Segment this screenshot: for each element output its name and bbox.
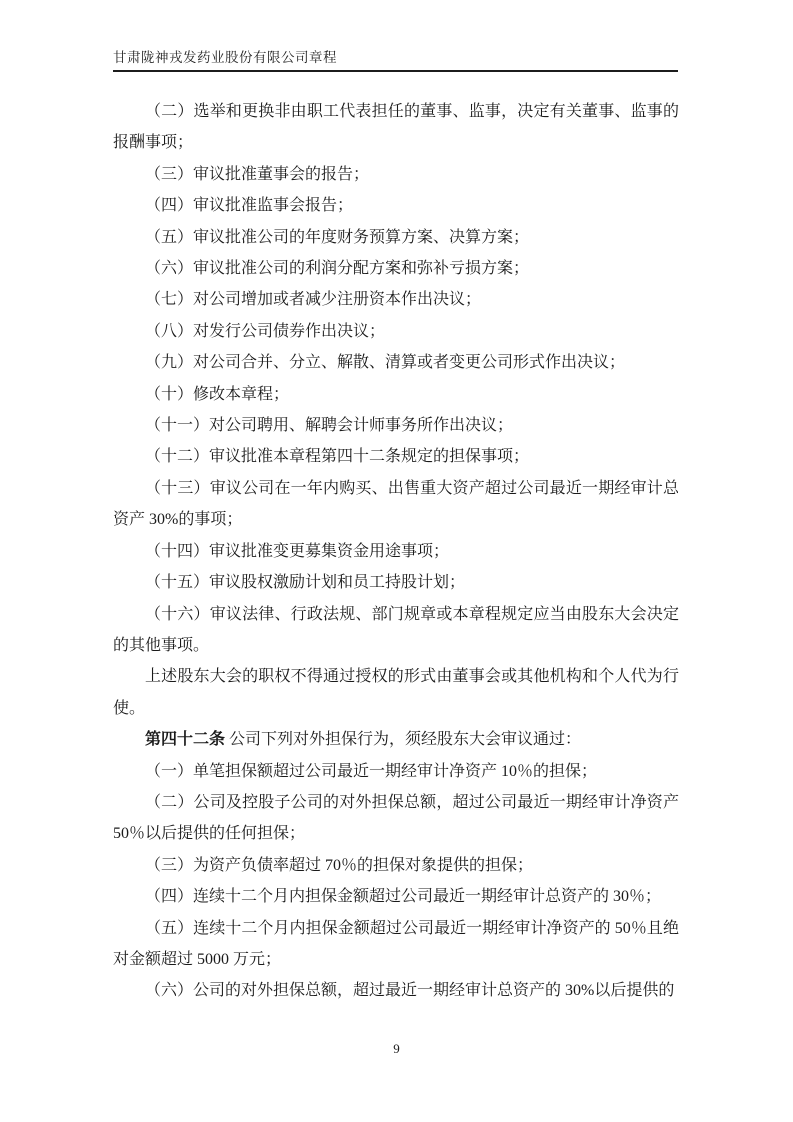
charter-paragraph: 上述股东大会的职权不得通过授权的形式由董事会或其他机构和个人代为行使。 [113,661,679,724]
charter-clause: （十四）审议批准变更募集资金用途事项； [113,536,679,567]
article-text: 公司下列对外担保行为，须经股东大会审议通过： [225,731,581,748]
header-rule [113,70,678,72]
document-body: （二）选举和更换非由职工代表担任的董事、监事，决定有关董事、监事的报酬事项； （… [113,96,679,1007]
charter-clause: （二）选举和更换非由职工代表担任的董事、监事，决定有关董事、监事的报酬事项； [113,96,679,159]
page-number: 9 [393,1041,400,1056]
charter-clause: （十六）审议法律、行政法规、部门规章或本章程规定应当由股东大会决定的其他事项。 [113,599,679,662]
charter-clause: （四）审议批准监事会报告； [113,190,679,221]
charter-clause: （五）审议批准公司的年度财务预算方案、决算方案； [113,222,679,253]
charter-clause: （五）连续十二个月内担保金额超过公司最近一期经审计净资产的 50％且绝对金额超过… [113,913,679,976]
page-footer: 9 [0,1040,793,1058]
document-page: 甘肃陇神戎发药业股份有限公司章程 （二）选举和更换非由职工代表担任的董事、监事，… [0,0,793,1122]
page-header: 甘肃陇神戎发药业股份有限公司章程 [113,48,678,68]
charter-clause: （十一）对公司聘用、解聘会计师事务所作出决议； [113,410,679,441]
charter-clause: （七）对公司增加或者减少注册资本作出决议； [113,284,679,315]
charter-clause: （三）为资产负债率超过 70％的担保对象提供的担保； [113,850,679,881]
charter-clause: （一）单笔担保额超过公司最近一期经审计净资产 10％的担保； [113,756,679,787]
charter-clause: （二）公司及控股子公司的对外担保总额，超过公司最近一期经审计净资产 50％以后提… [113,787,679,850]
charter-clause: （十）修改本章程； [113,379,679,410]
charter-clause: （三）审议批准董事会的报告； [113,159,679,190]
charter-clause: （四）连续十二个月内担保金额超过公司最近一期经审计总资产的 30％； [113,881,679,912]
charter-clause: （六）公司的对外担保总额，超过最近一期经审计总资产的 30%以后提供的 [113,975,679,1006]
charter-clause: （十三）审议公司在一年内购买、出售重大资产超过公司最近一期经审计总资产 30%的… [113,473,679,536]
charter-clause: （六）审议批准公司的利润分配方案和弥补亏损方案； [113,253,679,284]
charter-clause: （十二）审议批准本章程第四十二条规定的担保事项； [113,441,679,472]
charter-clause: （八）对发行公司债券作出决议； [113,316,679,347]
charter-clause: （十五）审议股权激励计划和员工持股计划； [113,567,679,598]
charter-clause: （九）对公司合并、分立、解散、清算或者变更公司形式作出决议； [113,347,679,378]
charter-article-42: 第四十二条 公司下列对外担保行为，须经股东大会审议通过： [113,724,679,755]
article-number: 第四十二条 [145,731,225,748]
header-title: 甘肃陇神戎发药业股份有限公司章程 [113,48,678,68]
